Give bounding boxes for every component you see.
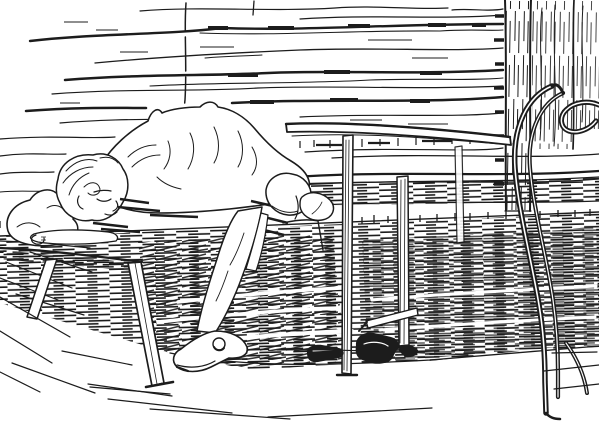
plank-seam [185, 3, 186, 117]
illustration-svg: Black-and-white pen-and-ink book illustr… [0, 0, 599, 421]
head [56, 154, 128, 221]
illustration-canvas: Black-and-white pen-and-ink book illustr… [0, 0, 599, 421]
plank-end-ticks [494, 16, 504, 184]
table-leg-rear [455, 146, 464, 243]
